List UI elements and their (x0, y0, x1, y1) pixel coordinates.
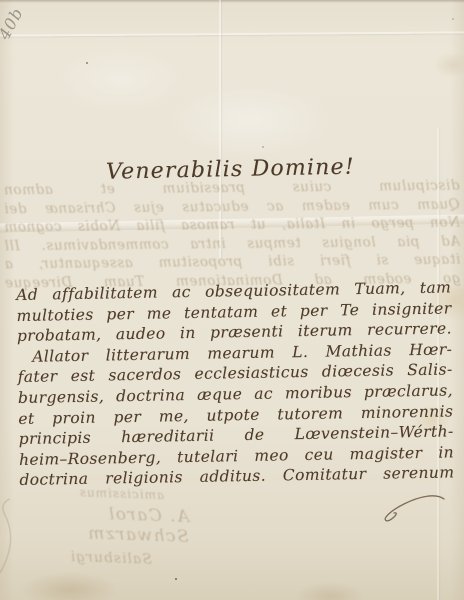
letter-page: 40b discipulum cuius praesidium et admon… (0, 0, 464, 600)
pen-flourish (358, 490, 450, 532)
bleedthrough-upper-block: discipulum cuius praesidium et admon Qua… (3, 177, 460, 293)
letter-body: Ad affabilitatem ac obsequiositatem Tuam… (16, 277, 455, 490)
bleedthrough-line: A. Carol Schwarzm (1, 501, 197, 554)
fold-crease-horizontal-top (0, 31, 464, 36)
bleedthrough-flourish (0, 495, 26, 575)
archival-number: 40b (0, 4, 27, 43)
bleedthrough-signature-block: amicissimus A. Carol Schwarzm Salisburgi (1, 483, 199, 570)
ink-specks (86, 62, 88, 64)
scan-top-edge (0, 0, 464, 3)
